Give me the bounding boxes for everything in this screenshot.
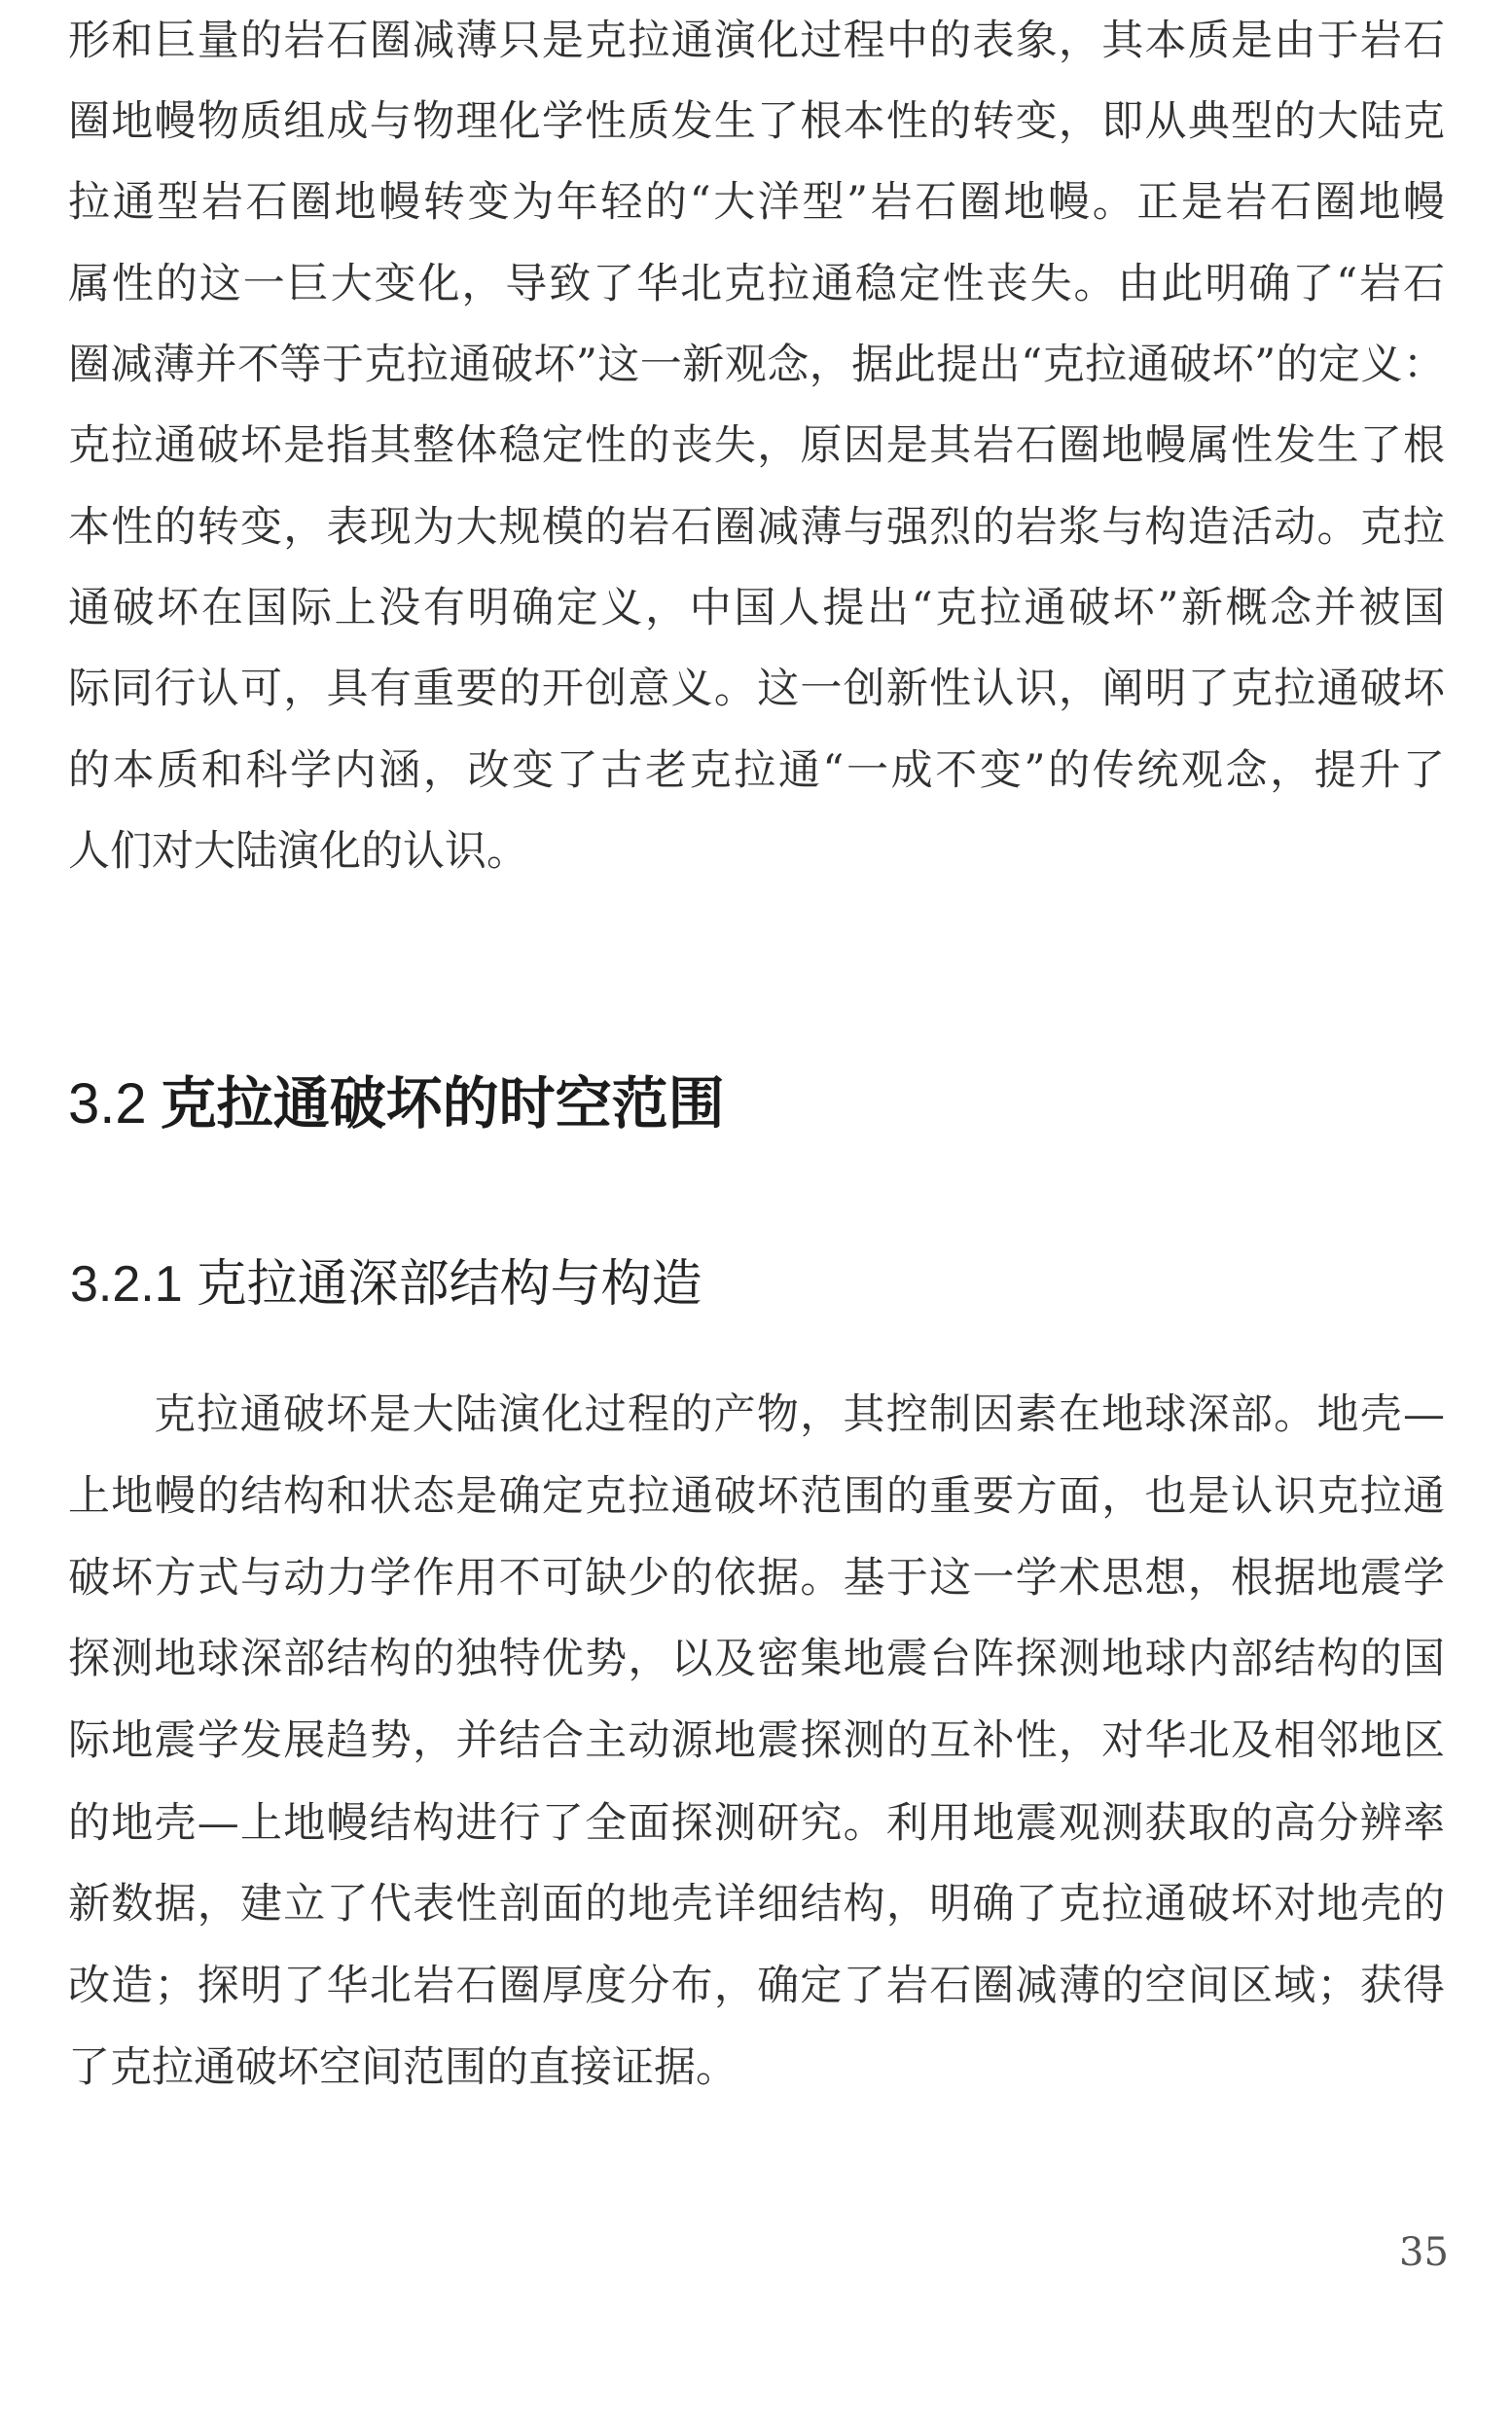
text-line: 改造；探明了华北岩石圈厚度分布，确定了岩石圈减薄的空间区域；获得 [68, 1945, 1445, 2027]
text-line: 上地幔的结构和状态是确定克拉通破坏范围的重要方面，也是认识克拉通 [68, 1456, 1445, 1537]
section-title: 克拉通破坏的时空范围 [161, 1070, 725, 1136]
text-line: 新数据，建立了代表性剖面的地壳详细结构，明确了克拉通破坏对地壳的 [68, 1863, 1445, 1945]
text-line: 的本质和科学内涵，改变了古老克拉通“一成不变”的传统观念，提升了 [68, 730, 1445, 811]
text-line: 克拉通破坏是大陆演化过程的产物，其控制因素在地球深部。地壳— [154, 1374, 1445, 1456]
text-line: 人们对大陆演化的认识。 [68, 811, 1445, 892]
subsection-heading: 3.2.1克拉通深部结构与构造 [70, 1248, 702, 1320]
text-line: 本性的转变，表现为大规模的岩石圈减薄与强烈的岩浆与构造活动。克拉 [68, 487, 1445, 568]
text-line: 的地壳—上地幔结构进行了全面探测研究。利用地震观测获取的高分辨率 [68, 1783, 1445, 1864]
text-line: 形和巨量的岩石圈减薄只是克拉通演化过程中的表象，其本质是由于岩石 [68, 0, 1445, 82]
text-line: 拉通型岩石圈地幔转变为年轻的“大洋型”岩石圈地幔。正是岩石圈地幔 [68, 162, 1445, 243]
text-line: 破坏方式与动力学作用不可缺少的依据。基于这一学术思想，根据地震学 [68, 1537, 1445, 1619]
page-number: 35 [1399, 2230, 1449, 2275]
subsection-title: 克拉通深部结构与构造 [197, 1255, 702, 1314]
section-heading: 3.2克拉通破坏的时空范围 [68, 1064, 725, 1142]
text-line: 探测地球深部结构的独特优势，以及密集地震台阵探测地球内部结构的国 [68, 1618, 1445, 1700]
text-line: 圈地幔物质组成与物理化学性质发生了根本性的转变，即从典型的大陆克 [68, 81, 1445, 162]
text-line: 际同行认可，具有重要的开创意义。这一创新性认识，阐明了克拉通破坏 [68, 648, 1445, 730]
subsection-number: 3.2.1 [70, 1256, 183, 1313]
text-line: 了克拉通破坏空间范围的直接证据。 [68, 2027, 1445, 2109]
section-number: 3.2 [68, 1072, 147, 1136]
text-line: 通破坏在国际上没有明确定义，中国人提出“克拉通破坏”新概念并被国 [68, 567, 1445, 649]
text-line: 际地震学发展趋势，并结合主动源地震探测的互补性，对华北及相邻地区 [68, 1700, 1445, 1782]
text-line: 属性的这一巨大变化，导致了华北克拉通稳定性丧失。由此明确了“岩石 [68, 243, 1445, 325]
text-line: 圈减薄并不等于克拉通破坏”这一新观念，据此提出“克拉通破坏”的定义： [68, 324, 1445, 406]
text-line: 克拉通破坏是指其整体稳定性的丧失，原因是其岩石圈地幔属性发生了根 [68, 405, 1445, 487]
